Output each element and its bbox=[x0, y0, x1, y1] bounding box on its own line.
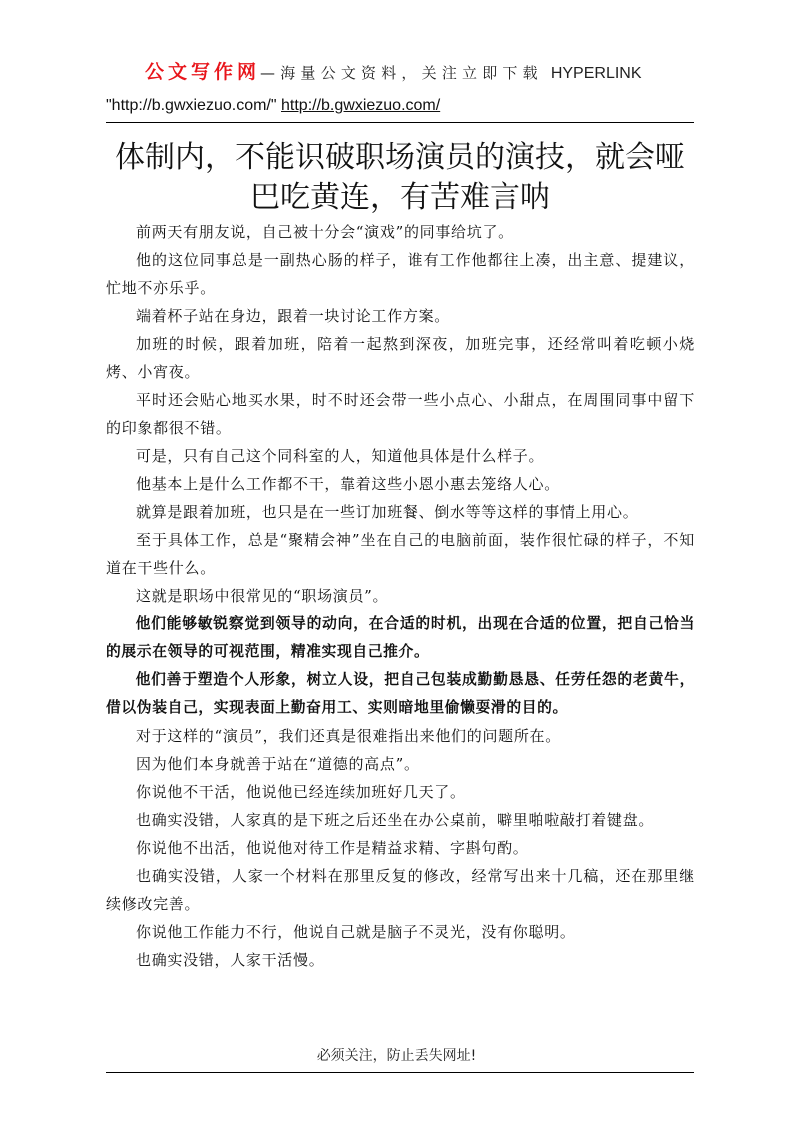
paragraph: 对于这样的“演员”，我们还真是很难指出来他们的问题所在。 bbox=[106, 722, 695, 750]
hyperlink-field-label: HYPERLINK bbox=[551, 65, 642, 82]
brand-name: 公文写作网 bbox=[145, 61, 260, 83]
paragraph: 他基本上是什么工作都不干，靠着这些小恩小惠去笼络人心。 bbox=[106, 470, 695, 498]
paragraph: 因为他们本身就善于站在“道德的高点”。 bbox=[106, 750, 695, 778]
article-body: 前两天有朋友说，自己被十分会“演戏”的同事给坑了。他的这位同事总是一副热心肠的样… bbox=[106, 218, 695, 974]
paragraph: 你说他不出活，他说他对待工作是精益求精、字斟句酌。 bbox=[106, 834, 695, 862]
article-title: 体制内，不能识破职场演员的演技，就会哑巴吃黄连，有苦难言呐 bbox=[104, 138, 696, 218]
hyperlink-field-code: "http://b.gwxiezuo.com/" bbox=[106, 97, 277, 114]
paragraph: 他们能够敏锐察觉到领导的动向，在合适的时机，出现在合适的位置，把自己恰当的展示在… bbox=[106, 610, 695, 666]
paragraph: 平时还会贴心地买水果，时不时还会带一些小点心、小甜点，在周围同事中留下的印象都很… bbox=[106, 386, 695, 442]
paragraph: 前两天有朋友说，自己被十分会“演戏”的同事给坑了。 bbox=[106, 218, 695, 246]
paragraph: 端着杯子站在身边，跟着一块讨论工作方案。 bbox=[106, 302, 695, 330]
header-tagline: —海量公文资料，关注立即下载 bbox=[260, 64, 543, 82]
paragraph: 至于具体工作，总是“聚精会神”坐在自己的电脑前面，装作很忙碌的样子，不知道在干些… bbox=[106, 526, 695, 582]
header-divider bbox=[106, 122, 694, 123]
paragraph: 这就是职场中很常见的“职场演员”。 bbox=[106, 582, 695, 610]
paragraph: 加班的时候，跟着加班，陪着一起熬到深夜，加班完事，还经常叫着吃顿小烧烤、小宵夜。 bbox=[106, 330, 695, 386]
page-header: 公文写作网—海量公文资料，关注立即下载HYPERLINK bbox=[145, 60, 705, 86]
header-link-line: "http://b.gwxiezuo.com/" http://b.gwxiez… bbox=[106, 95, 440, 117]
paragraph: 也确实没错，人家真的是下班之后还坐在办公桌前，噼里啪啦敲打着键盘。 bbox=[106, 806, 695, 834]
paragraph: 可是，只有自己这个同科室的人，知道他具体是什么样子。 bbox=[106, 442, 695, 470]
footer-notice: 必须关注，防止丢失网址! bbox=[0, 1045, 793, 1065]
paragraph: 也确实没错，人家干活慢。 bbox=[106, 946, 695, 974]
footer-divider bbox=[106, 1072, 694, 1073]
paragraph: 他们善于塑造个人形象，树立人设，把自己包装成勤勤恳恳、任劳任怨的老黄牛，借以伪装… bbox=[106, 666, 695, 722]
paragraph: 你说他工作能力不行，他说自己就是脑子不灵光，没有你聪明。 bbox=[106, 918, 695, 946]
paragraph: 就算是跟着加班，也只是在一些订加班餐、倒水等等这样的事情上用心。 bbox=[106, 498, 695, 526]
paragraph: 你说他不干活，他说他已经连续加班好几天了。 bbox=[106, 778, 695, 806]
website-link[interactable]: http://b.gwxiezuo.com/ bbox=[281, 97, 440, 114]
paragraph: 也确实没错，人家一个材料在那里反复的修改，经常写出来十几稿，还在那里继续修改完善… bbox=[106, 862, 695, 918]
paragraph: 他的这位同事总是一副热心肠的样子，谁有工作他都往上凑，出主意、提建议，忙地不亦乐… bbox=[106, 246, 695, 302]
